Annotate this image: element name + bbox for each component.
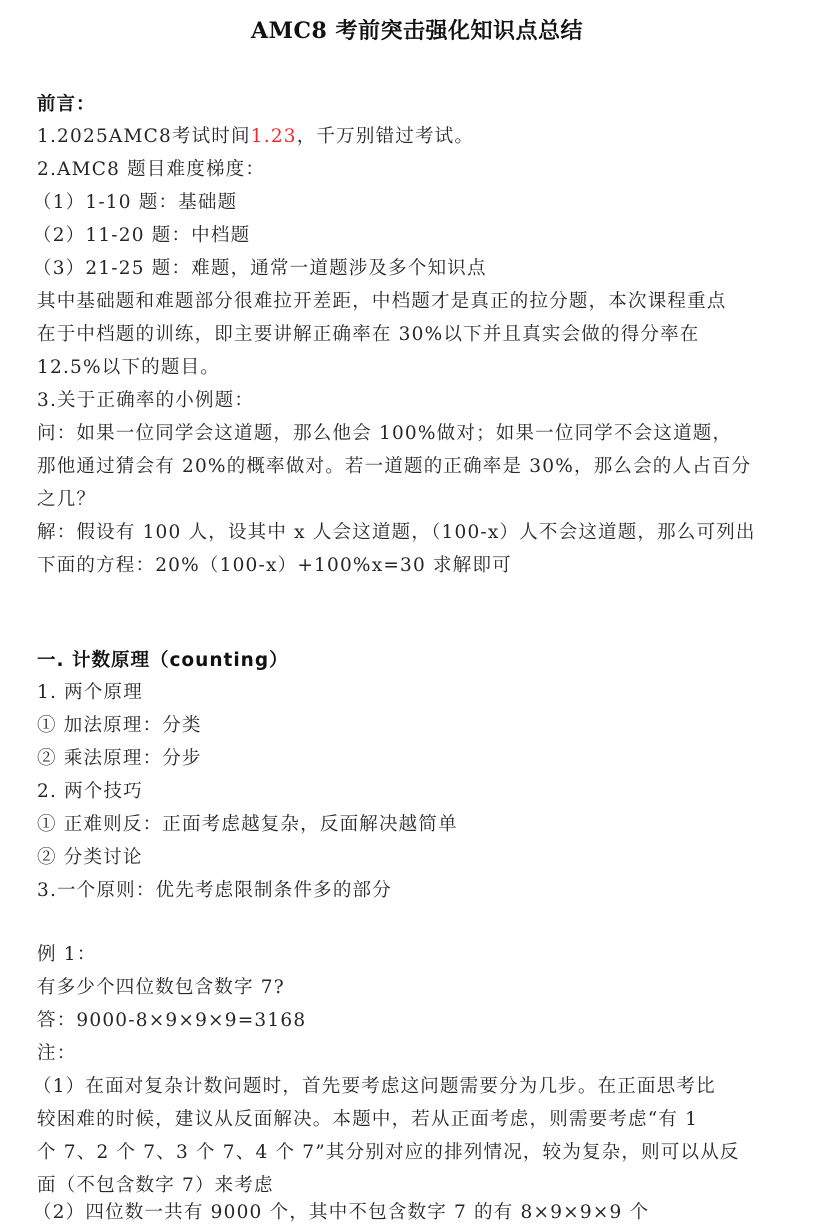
paragraph-line-2: 在于中档题的训练，即主要讲解正确率在 30%以下并且真实会做的得分率在: [37, 320, 797, 350]
preface-heading: 前言：: [37, 90, 797, 120]
example-1-answer: 答：9000-8×9×9×9=3168: [37, 1006, 797, 1036]
paragraph-line-1: 其中基础题和难题部分很难拉开差距，中档题才是真正的拉分题，本次课程重点: [37, 287, 797, 317]
difficulty-level-2: （2）11-20 题：中档题: [33, 221, 793, 251]
note-line-1: （1）在面对复杂计数问题时，首先要考虑这问题需要分为几步。在正面思考比: [33, 1072, 793, 1102]
solution-line-1: 解：假设有 100 人，设其中 x 人会这道题，（100-x）人不会这道题，那么…: [37, 518, 797, 548]
solution-line-2: 下面的方程：20%（100-x）+100%x=30 求解即可: [37, 551, 797, 581]
preface-item-1: 1.2025AMC8考试时间1.23，千万别错过考试。: [37, 122, 797, 152]
section-1-line-5: ① 正难则反：正面考虑越复杂，反面解决越简单: [37, 810, 797, 840]
preface-item-3: 3.关于正确率的小例题：: [37, 386, 797, 416]
exam-date-suffix: ，千万别错过考试。: [297, 126, 474, 147]
section-1-line-3: ② 乘法原理：分步: [37, 744, 797, 774]
example-1-question: 有多少个四位数包含数字 7?: [37, 973, 797, 1003]
exam-date-highlight: 1.23: [251, 126, 297, 147]
question-line-2: 那他通过猜会有 20%的概率做对。若一道题的正确率是 30%，那么会的人占百分: [37, 452, 797, 482]
example-1-note-label: 注：: [37, 1039, 797, 1069]
question-line-1: 问：如果一位同学会这道题，那么他会 100%做对；如果一位同学不会这道题，: [37, 419, 797, 449]
exam-date-prefix: 1.2025AMC8考试时间: [37, 126, 251, 147]
section-1-line-6: ② 分类讨论: [37, 843, 797, 873]
note-line-2: 较困难的时候，建议从反面解决。本题中，若从正面考虑，则需要考虑“有 1: [37, 1105, 797, 1135]
note-line-4: 面（不包含数字 7）来考虑: [37, 1171, 797, 1201]
difficulty-level-3: （3）21-25 题：难题，通常一道题涉及多个知识点: [33, 254, 793, 284]
paragraph-line-3: 12.5%以下的题目。: [37, 353, 797, 383]
section-1-line-1: 1. 两个原理: [37, 678, 797, 708]
difficulty-level-1: （1）1-10 题：基础题: [33, 188, 793, 218]
question-line-3: 之几？: [37, 485, 797, 515]
example-1-label: 例 1：: [37, 940, 797, 970]
document-title: AMC8 考前突击强化知识点总结: [0, 14, 834, 45]
preface-item-2: 2.AMC8 题目难度梯度：: [37, 155, 797, 185]
note-line-3: 个 7、2 个 7、3 个 7、4 个 7”其分别对应的排列情况，较为复杂，则可…: [37, 1138, 797, 1168]
section-1-heading: 一. 计数原理（counting）: [37, 646, 797, 676]
section-1-line-7: 3.一个原则：优先考虑限制条件多的部分: [37, 876, 797, 906]
note-line-5: （2）四位数一共有 9000 个，其中不包含数字 7 的有 8×9×9×9 个: [33, 1198, 793, 1228]
section-1-line-2: ① 加法原理：分类: [37, 711, 797, 741]
section-1-line-4: 2. 两个技巧: [37, 777, 797, 807]
